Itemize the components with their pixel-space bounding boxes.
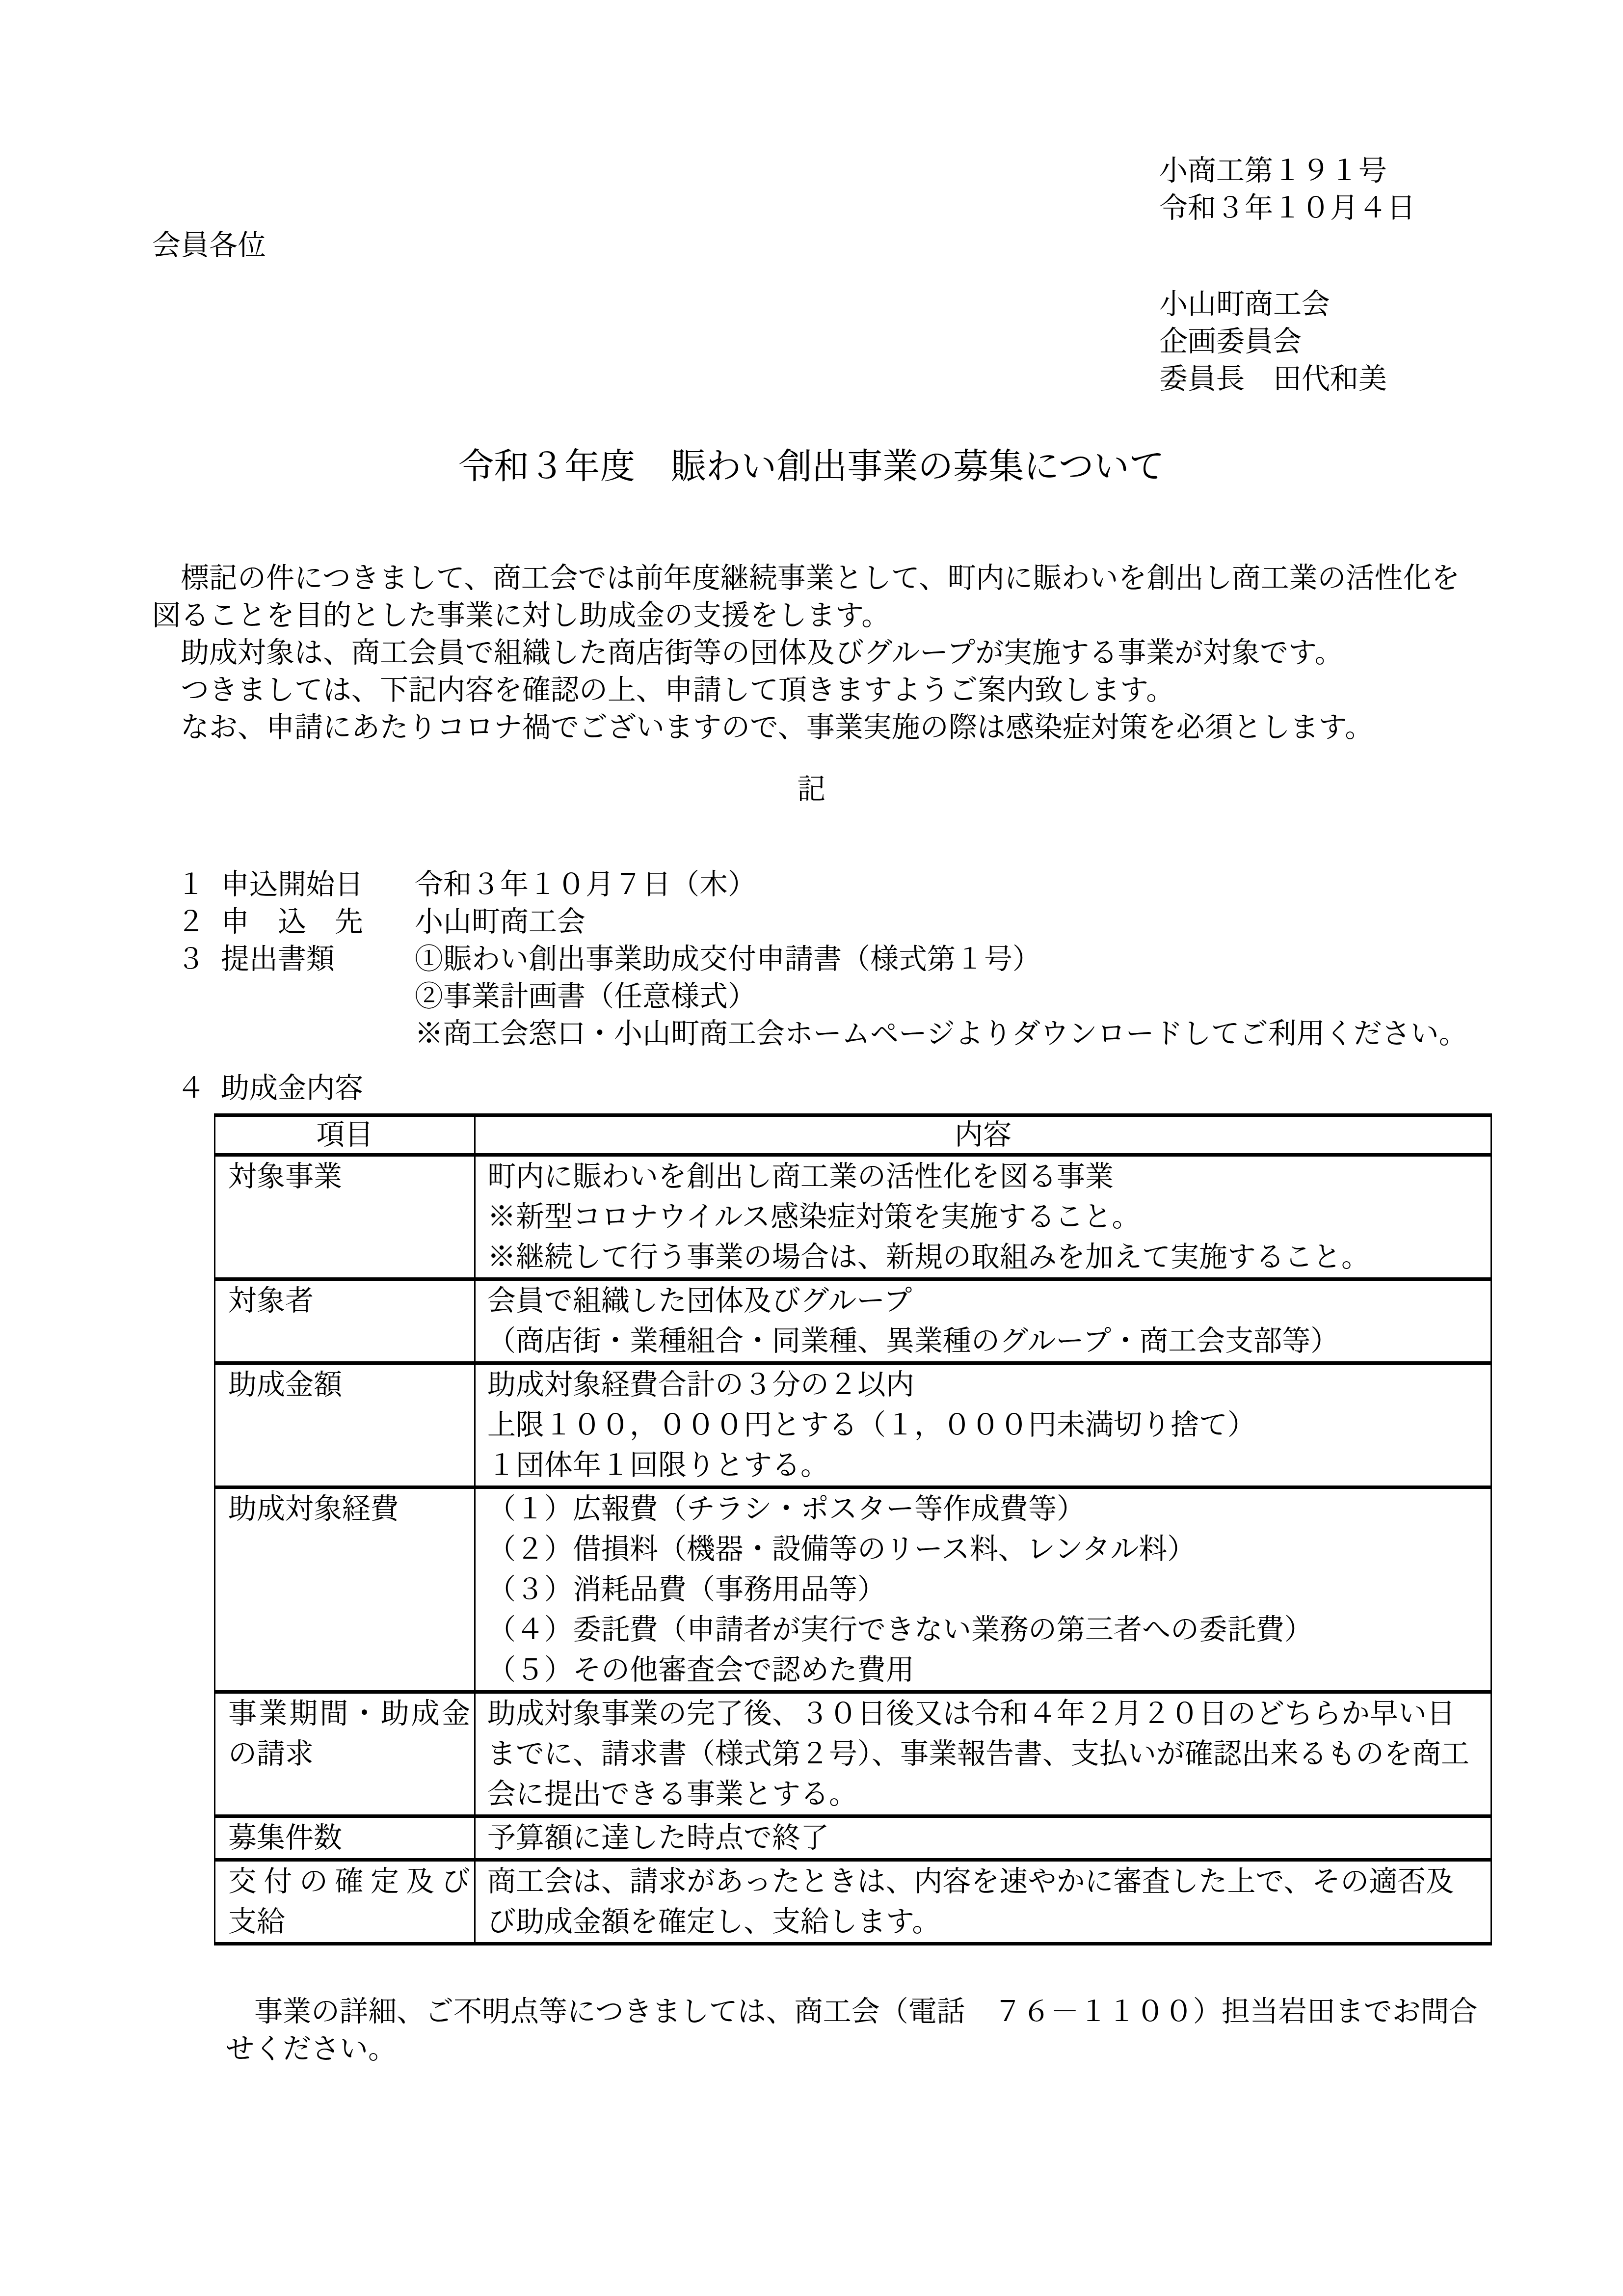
table-header-row: 項目 内容 [215,1115,1491,1155]
table-content-line: （２）借損料（機器・設備等のリース料、レンタル料） [487,1529,1487,1569]
table-row: 事業期間・助成金の請求助成対象事業の完了後、３０日後又は令和４年２月２０日のどち… [215,1692,1491,1816]
list-item-value: 小山町商工会 [415,903,585,941]
sender-block: 小山町商工会 企画委員会 委員長 田代和美 [1159,286,1387,398]
table-content-line: 商工会は、請求があったときは、内容を速やかに審査した上で、その適否及 [487,1862,1487,1902]
body-paragraph: つきましては、下記内容を確認の上、申請して頂きますようご案内致します。 [152,672,1472,709]
list-item-number: ３ [177,941,221,978]
ki-heading: 記 [0,771,1623,808]
table-row: 対象事業町内に賑わいを創出し商工業の活性化を図る事業※新型コロナウイルス感染症対… [215,1155,1491,1279]
table-row-label-cell: 交付の確定及び支給 [215,1860,475,1944]
table-label-line: 交付の確定及び [228,1862,470,1902]
list-item-label: 提出書類 [221,941,415,978]
table-row-label-cell: 対象者 [215,1279,475,1363]
table-content-line: 会員で組織した団体及びグループ [487,1281,1487,1321]
table-row-label-cell: 助成金額 [215,1363,475,1487]
body-paragraph: なお、申請にあたりコロナ禍でございますので、事業実施の際は感染症対策を必須としま… [152,709,1472,746]
sender-committee: 企画委員会 [1159,323,1387,360]
table-content-line: 上限１００，０００円とする（１，０００円未満切り捨て） [487,1405,1487,1445]
table-content-line: （３）消耗品費（事務用品等） [487,1569,1487,1610]
subsidy-info-table: 項目 内容 対象事業町内に賑わいを創出し商工業の活性化を図る事業※新型コロナウイ… [214,1113,1492,1945]
table-content-line: ※継続して行う事業の場合は、新規の取組みを加えて実施すること。 [487,1237,1487,1277]
sender-organization: 小山町商工会 [1159,286,1387,323]
table-row-content-cell: （１）広報費（チラシ・ポスター等作成費等）（２）借損料（機器・設備等のリース料、… [475,1487,1491,1692]
list-item-number: １ [177,866,221,903]
table-content-line: までに、請求書（様式第２号）、事業報告書、支払いが確認出来るものを商工 [487,1734,1487,1774]
addressee: 会員各位 [152,227,266,264]
list-item-number: ２ [177,903,221,941]
table-content-line: （５）その他審査会で認めた費用 [487,1650,1487,1690]
list-item: １申込開始日令和３年１０月７日（木） [177,866,1467,903]
list-item-number: ４ [177,1070,221,1107]
column-header-content: 内容 [475,1115,1491,1155]
list-item-label: 申込開始日 [221,866,415,903]
list-item: ３提出書類①賑わい創出事業助成交付申請書（様式第１号） [177,941,1467,978]
table-content-line: １団体年１回限りとする。 [487,1445,1487,1486]
sender-chairperson: 委員長 田代和美 [1159,360,1387,398]
list-item-value: ①賑わい創出事業助成交付申請書（様式第１号） [415,941,1041,978]
footer-note: 事業の詳細、ご不明点等につきましては、商工会（電話 ７６－１１００）担当岩田まで… [226,1993,1480,2068]
table-row-label-cell: 助成対象経費 [215,1487,475,1692]
table-row-content-cell: 商工会は、請求があったときは、内容を速やかに審査した上で、その適否及び助成金額を… [475,1860,1491,1944]
table-content-line: び助成金額を確定し、支給します。 [487,1902,1487,1942]
table-content-line: 助成対象事業の完了後、３０日後又は令和４年２月２０日のどちらか早い日 [487,1694,1487,1734]
table-label-line: 事業期間・助成金 [228,1694,470,1734]
document-date: 令和３年１０月４日 [1159,189,1415,227]
list-item-label: 申込先 [221,903,415,941]
list-item-value-continuation: ②事業計画書（任意様式） [415,978,1467,1015]
numbered-list: １申込開始日令和３年１０月７日（木）２申込先小山町商工会３提出書類①賑わい創出事… [177,866,1467,1107]
table-content-line: （４）委託費（申請者が実行できない業務の第三者への委託費） [487,1610,1487,1650]
document-page: 小商工第１９１号 令和３年１０月４日 会員各位 小山町商工会 企画委員会 委員長… [0,0,1623,2296]
table-label-line: 助成対象経費 [228,1489,470,1529]
list-item-value: 令和３年１０月７日（木） [415,866,756,903]
column-header-item: 項目 [215,1115,475,1155]
table-row: 対象者会員で組織した団体及びグループ（商店街・業種組合・同業種、異業種のグループ… [215,1279,1491,1363]
table-row-content-cell: 助成対象経費合計の３分の２以内上限１００，０００円とする（１，０００円未満切り捨… [475,1363,1491,1487]
list-item-value-continuation: ※商工会窓口・小山町商工会ホームページよりダウンロードしてご利用ください。 [415,1015,1467,1053]
document-title: 令和３年度 賑わい創出事業の募集について [0,439,1623,493]
table-content-line: （商店街・業種組合・同業種、異業種のグループ・商工会支部等） [487,1321,1487,1361]
table-row: 募集件数予算額に達した時点で終了 [215,1816,1491,1860]
list-item: ２申込先小山町商工会 [177,903,1467,941]
list-item-label: 助成金内容 [221,1070,415,1107]
table-content-line: （１）広報費（チラシ・ポスター等作成費等） [487,1489,1487,1529]
table-label-line: 募集件数 [228,1818,470,1858]
table-row-label-cell: 事業期間・助成金の請求 [215,1692,475,1816]
table-label-line: 助成金額 [228,1365,470,1405]
table-row-label-cell: 対象事業 [215,1155,475,1279]
table-row: 助成対象経費（１）広報費（チラシ・ポスター等作成費等）（２）借損料（機器・設備等… [215,1487,1491,1692]
table-row: 助成金額助成対象経費合計の３分の２以内上限１００，０００円とする（１，０００円未… [215,1363,1491,1487]
table-content-line: 会に提出できる事業とする。 [487,1774,1487,1814]
table-content-line: ※新型コロナウイルス感染症対策を実施すること。 [487,1197,1487,1237]
list-item: ４助成金内容 [177,1070,1467,1107]
table-content-line: 町内に賑わいを創出し商工業の活性化を図る事業 [487,1157,1487,1197]
table-row-content-cell: 会員で組織した団体及びグループ（商店街・業種組合・同業種、異業種のグループ・商工… [475,1279,1491,1363]
document-number-block: 小商工第１９１号 令和３年１０月４日 [1159,152,1415,227]
body-paragraphs: 標記の件につきまして、商工会では前年度継続事業として、町内に賑わいを創出し商工業… [152,560,1472,746]
table-row-label-cell: 募集件数 [215,1816,475,1860]
document-number: 小商工第１９１号 [1159,152,1415,189]
table-label-line: 対象者 [228,1281,470,1321]
table-row: 交付の確定及び支給商工会は、請求があったときは、内容を速やかに審査した上で、その… [215,1860,1491,1944]
table-label-line: 対象事業 [228,1157,470,1197]
table-row-content-cell: 町内に賑わいを創出し商工業の活性化を図る事業※新型コロナウイルス感染症対策を実施… [475,1155,1491,1279]
table-content-line: 予算額に達した時点で終了 [487,1818,1487,1858]
table-row-content-cell: 予算額に達した時点で終了 [475,1816,1491,1860]
table-row-content-cell: 助成対象事業の完了後、３０日後又は令和４年２月２０日のどちらか早い日までに、請求… [475,1692,1491,1816]
table-label-line: 支給 [228,1902,470,1942]
table-label-line: の請求 [228,1734,470,1774]
body-paragraph: 標記の件につきまして、商工会では前年度継続事業として、町内に賑わいを創出し商工業… [152,560,1472,634]
table-content-line: 助成対象経費合計の３分の２以内 [487,1365,1487,1405]
list-item-label-text: 申込先 [221,903,363,941]
body-paragraph: 助成対象は、商工会員で組織した商店街等の団体及びグループが実施する事業が対象です… [152,634,1472,672]
